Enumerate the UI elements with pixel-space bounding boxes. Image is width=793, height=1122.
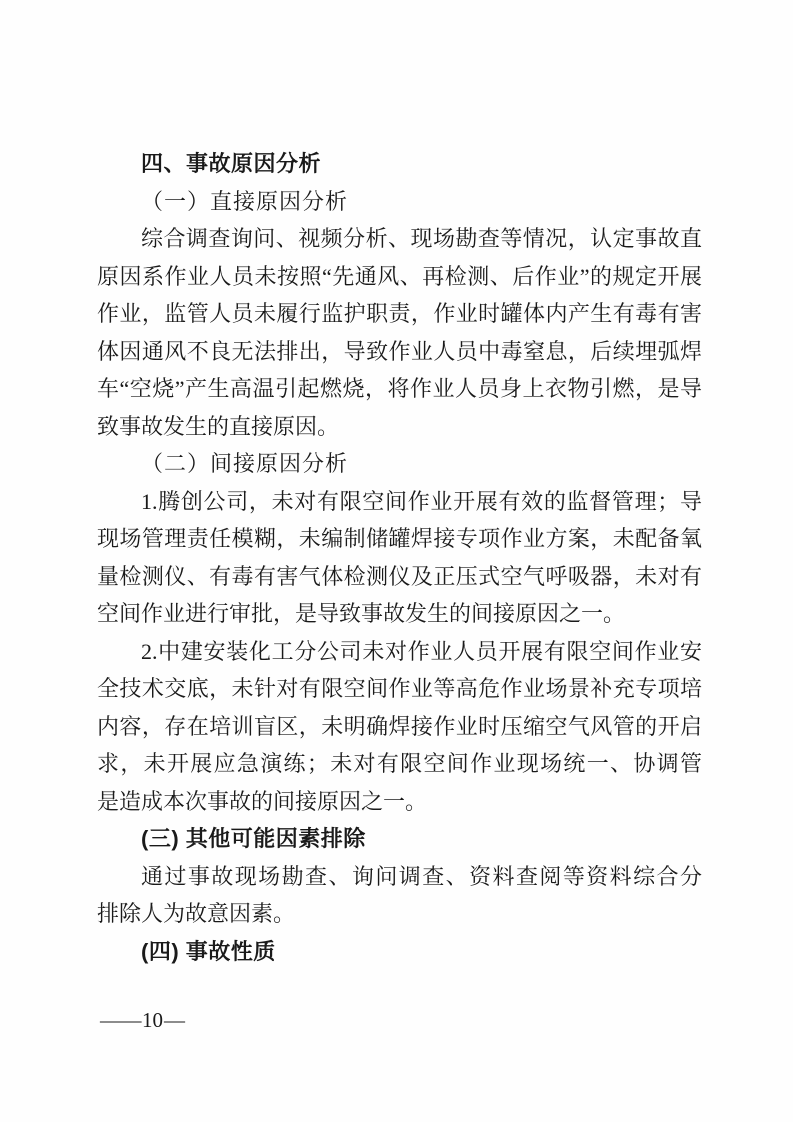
paragraph-indirect-cause-2-line-5: 是造成本次事故的间接原因之一。: [97, 783, 702, 821]
subheading-other-factors-excluded: (三) 其他可能因素排除: [97, 820, 702, 858]
paragraph-direct-cause-line-1: 综合调查询问、视频分析、现场勘查等情况，认定事故直接: [97, 220, 702, 258]
page-footer: ——10—: [100, 1006, 185, 1034]
paragraph-direct-cause-line-6: 致事故发生的直接原因。: [97, 408, 702, 446]
paragraph-other-factors-line-1: 通过事故现场勘查、询问调查、资料查阅等资料综合分析，: [97, 858, 702, 896]
subheading-direct-cause: （一）直接原因分析: [97, 183, 702, 221]
paragraph-direct-cause-line-3: 作业，监管人员未履行监护职责，作业时罐体内产生有毒有害气: [97, 295, 702, 333]
paragraph-direct-cause-line-4: 体因通风不良无法排出，导致作业人员中毒窒息，后续埋弧焊小: [97, 333, 702, 371]
document-body: 四、事故原因分析 （一）直接原因分析 综合调查询问、视频分析、现场勘查等情况，认…: [97, 145, 702, 970]
paragraph-direct-cause-line-2: 原因系作业人员未按照“先通风、再检测、后作业”的规定开展: [97, 258, 702, 296]
page-number: 10: [141, 1008, 164, 1032]
paragraph-indirect-cause-2-line-3: 内容，存在培训盲区，未明确焊接作业时压缩空气风管的开启要: [97, 708, 702, 746]
footer-dash-right: —: [164, 1008, 185, 1032]
paragraph-indirect-cause-2-line-1: 2.中建安装化工分公司未对作业人员开展有限空间作业安: [97, 633, 702, 671]
paragraph-indirect-cause-1-line-2: 现场管理责任模糊，未编制储罐焊接专项作业方案，未配备氧含: [97, 520, 702, 558]
paragraph-other-factors-line-2: 排除人为故意因素。: [97, 895, 702, 933]
document-page: 四、事故原因分析 （一）直接原因分析 综合调查询问、视频分析、现场勘查等情况，认…: [0, 0, 793, 1122]
subheading-accident-nature: (四) 事故性质: [97, 933, 702, 971]
paragraph-indirect-cause-1-line-1: 1.腾创公司，未对有限空间作业开展有效的监督管理；导致: [97, 483, 702, 521]
paragraph-direct-cause-line-5: 车“空烧”产生高温引起燃烧，将作业人员身上衣物引燃，是导: [97, 370, 702, 408]
subheading-indirect-cause: （二）间接原因分析: [97, 445, 702, 483]
heading-accident-cause-analysis: 四、事故原因分析: [97, 145, 702, 183]
paragraph-indirect-cause-1-line-4: 空间作业进行审批，是导致事故发生的间接原因之一。: [97, 595, 702, 633]
paragraph-indirect-cause-1-line-3: 量检测仪、有毒有害气体检测仪及正压式空气呼吸器，未对有限: [97, 558, 702, 596]
paragraph-indirect-cause-2-line-4: 求，未开展应急演练；未对有限空间作业现场统一、协调管理，: [97, 745, 702, 783]
paragraph-indirect-cause-2-line-2: 全技术交底，未针对有限空间作业等高危作业场景补充专项培训: [97, 670, 702, 708]
footer-dash-left: ——: [100, 1008, 141, 1032]
